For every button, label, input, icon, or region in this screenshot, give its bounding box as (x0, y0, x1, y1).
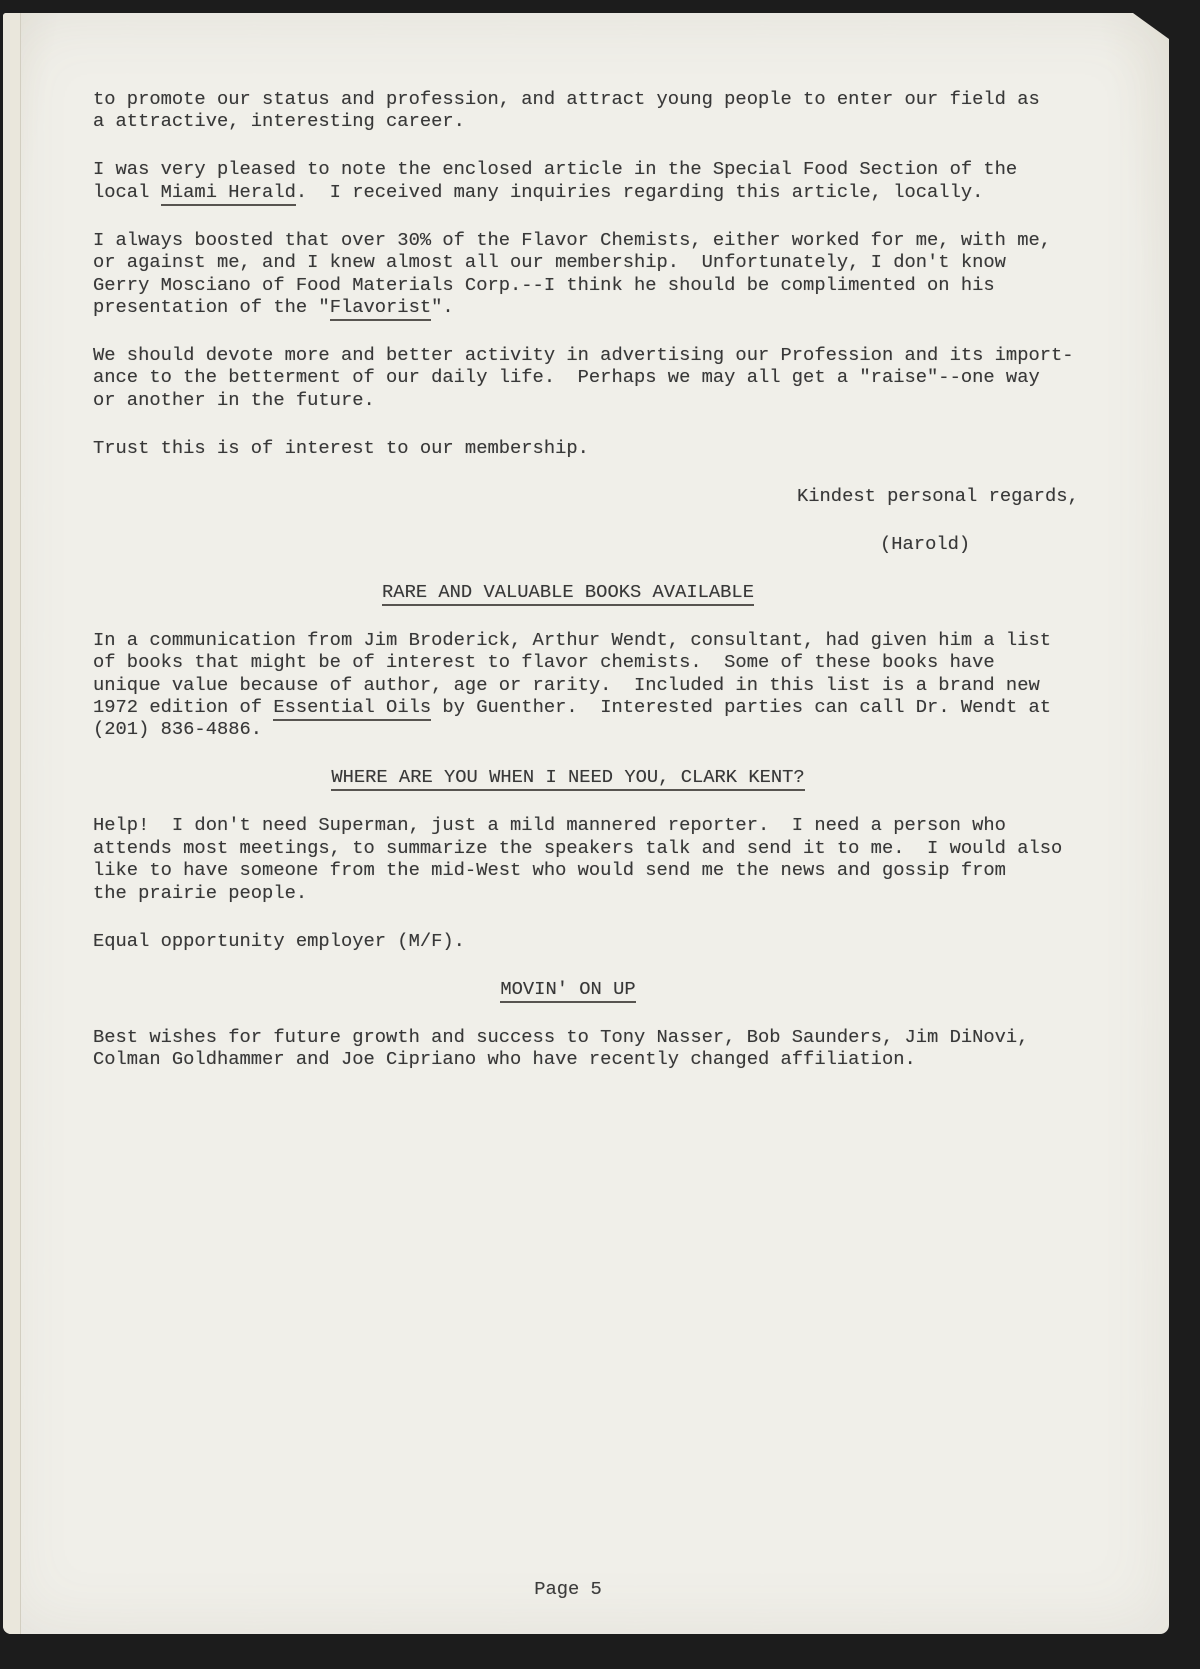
text-segment: ". (431, 296, 454, 318)
text-segment: Gerry Mosciano of Food Materials Corp.--… (93, 274, 995, 296)
text-line: Help! I don't need Superman, just a mild… (93, 814, 1043, 836)
paragraph: I was very pleased to note the enclosed … (93, 158, 1043, 203)
text-segment: like to have someone from the mid-West w… (93, 859, 1006, 881)
text-line: attends most meetings, to summarize the … (93, 837, 1043, 859)
text-segment: Trust this is of interest to our members… (93, 437, 589, 459)
text-line: a attractive, interesting career. (93, 110, 1043, 132)
text-line: or another in the future. (93, 389, 1043, 411)
corner-cut (1133, 13, 1169, 39)
text-segment: a attractive, interesting career. (93, 110, 465, 132)
text-line: Trust this is of interest to our members… (93, 437, 1043, 459)
section-heading: MOVIN' ON UP (93, 978, 1043, 1000)
document-body: to promote our status and profession, an… (93, 88, 1043, 1071)
text-segment: Equal opportunity employer (M/F). (93, 930, 465, 952)
underlined-text: WHERE ARE YOU WHEN I NEED YOU, CLARK KEN… (331, 766, 804, 791)
text-line: ance to the betterment of our daily life… (93, 366, 1043, 388)
text-segment: Help! I don't need Superman, just a mild… (93, 814, 1006, 836)
text-line: Gerry Mosciano of Food Materials Corp.--… (93, 274, 1043, 296)
text-segment: presentation of the " (93, 296, 330, 318)
text-line: Colman Goldhammer and Joe Cipriano who h… (93, 1048, 1043, 1070)
text-segment: 1972 edition of (93, 696, 273, 718)
text-line: (201) 836-4886. (93, 718, 1043, 740)
text-line: presentation of the "Flavorist". (93, 296, 1043, 318)
signature-line: (Harold) (93, 533, 1043, 555)
paper: to promote our status and profession, an… (3, 13, 1169, 1634)
text-line: In a communication from Jim Broderick, A… (93, 629, 1043, 651)
text-segment: local (93, 181, 161, 203)
paragraph: Best wishes for future growth and succes… (93, 1026, 1043, 1071)
underlined-text: RARE AND VALUABLE BOOKS AVAILABLE (382, 581, 754, 606)
text-line: Equal opportunity employer (M/F). (93, 930, 1043, 952)
text-line: like to have someone from the mid-West w… (93, 859, 1043, 881)
text-line: Kindest personal regards, (797, 485, 1043, 507)
text-line: RARE AND VALUABLE BOOKS AVAILABLE (93, 581, 1043, 603)
paragraph: Trust this is of interest to our members… (93, 437, 1043, 459)
underlined-text: Essential Oils (273, 696, 431, 721)
text-segment: In a communication from Jim Broderick, A… (93, 629, 1051, 651)
paragraph: We should devote more and better activit… (93, 344, 1043, 411)
paragraph: Equal opportunity employer (M/F). (93, 930, 1043, 952)
text-segment: unique value because of author, age or r… (93, 674, 1040, 696)
paragraph: In a communication from Jim Broderick, A… (93, 629, 1043, 741)
paragraph: Help! I don't need Superman, just a mild… (93, 814, 1043, 904)
text-segment: Best wishes for future growth and succes… (93, 1026, 1028, 1048)
page-number: Page 5 (93, 1578, 1043, 1600)
section-heading: WHERE ARE YOU WHEN I NEED YOU, CLARK KEN… (93, 766, 1043, 788)
text-segment: of books that might be of interest to fl… (93, 651, 995, 673)
text-segment: ance to the betterment of our daily life… (93, 366, 1040, 388)
paragraph: to promote our status and profession, an… (93, 88, 1043, 133)
text-segment: by Guenther. Interested parties can call… (431, 696, 1051, 718)
text-segment: attends most meetings, to summarize the … (93, 837, 1062, 859)
text-line: the prairie people. (93, 882, 1043, 904)
text-line: I always boosted that over 30% of the Fl… (93, 229, 1043, 251)
text-segment: (Harold) (880, 533, 970, 555)
text-segment: . I received many inquiries regarding th… (296, 181, 984, 203)
section-heading: RARE AND VALUABLE BOOKS AVAILABLE (93, 581, 1043, 603)
text-line: MOVIN' ON UP (93, 978, 1043, 1000)
text-segment: or against me, and I knew almost all our… (93, 251, 1006, 273)
text-line: I was very pleased to note the enclosed … (93, 158, 1043, 180)
text-line: unique value because of author, age or r… (93, 674, 1043, 696)
text-line: of books that might be of interest to fl… (93, 651, 1043, 673)
underlined-text: Miami Herald (161, 181, 296, 206)
text-segment: Kindest personal regards, (797, 485, 1079, 507)
text-segment: or another in the future. (93, 389, 375, 411)
text-line: We should devote more and better activit… (93, 344, 1043, 366)
text-line: to promote our status and profession, an… (93, 88, 1043, 110)
scanned-newsletter-page: { "colors": { "backdrop": "#1c1c1c", "pa… (0, 0, 1200, 1669)
text-line: local Miami Herald. I received many inqu… (93, 181, 1043, 203)
text-segment: I always boosted that over 30% of the Fl… (93, 229, 1051, 251)
text-line: WHERE ARE YOU WHEN I NEED YOU, CLARK KEN… (93, 766, 1043, 788)
signoff-line: Kindest personal regards, (93, 485, 1043, 507)
text-line: (Harold) (880, 533, 1043, 555)
text-segment: (201) 836-4886. (93, 718, 262, 740)
text-line: or against me, and I knew almost all our… (93, 251, 1043, 273)
text-segment: the prairie people. (93, 882, 307, 904)
text-line: Best wishes for future growth and succes… (93, 1026, 1043, 1048)
underlined-text: MOVIN' ON UP (500, 978, 635, 1003)
text-segment: to promote our status and profession, an… (93, 88, 1040, 110)
paragraph: I always boosted that over 30% of the Fl… (93, 229, 1043, 319)
text-segment: We should devote more and better activit… (93, 344, 1074, 366)
text-line: 1972 edition of Essential Oils by Guenth… (93, 696, 1043, 718)
text-segment: I was very pleased to note the enclosed … (93, 158, 1017, 180)
underlined-text: Flavorist (330, 296, 431, 321)
page-edge-strip (3, 13, 21, 1634)
text-segment: Colman Goldhammer and Joe Cipriano who h… (93, 1048, 916, 1070)
